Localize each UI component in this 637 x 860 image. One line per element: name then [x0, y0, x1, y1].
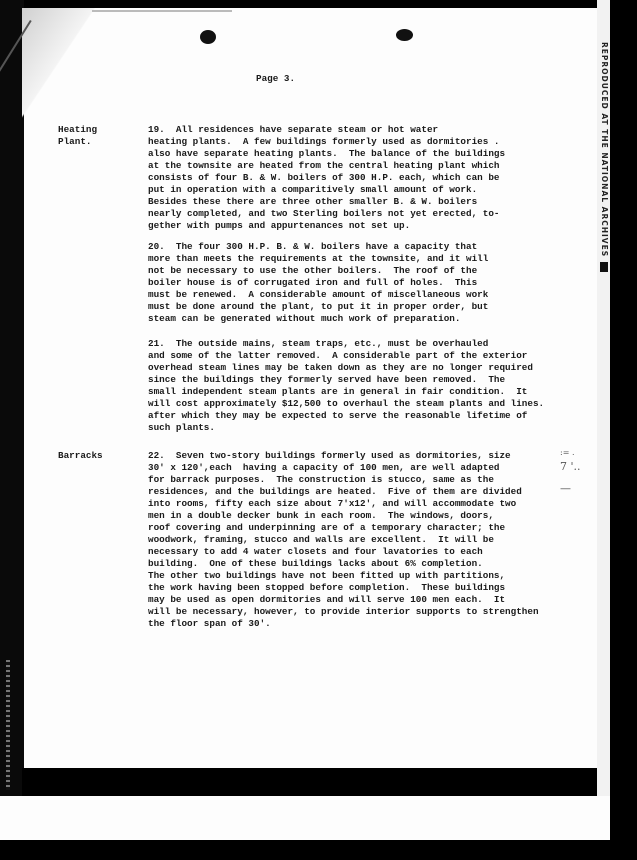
text-line: gether with pumps and appurtenances not …	[148, 220, 410, 232]
text-line: more than meets the requirements at the …	[148, 253, 488, 265]
scan-line	[92, 10, 232, 12]
stamp-mark	[600, 262, 608, 272]
text-line: after which they may be expected to serv…	[148, 410, 527, 422]
margin-annotation: := .	[560, 448, 574, 457]
margin-annotation: 7 '..	[560, 460, 581, 473]
text-line: may be used as open dormitories and will…	[148, 594, 505, 606]
underlying-page	[0, 796, 610, 840]
punch-hole-icon	[200, 30, 216, 44]
text-line: building. One of these buildings lacks a…	[148, 558, 483, 570]
text-line: since the buildings they formerly served…	[148, 374, 505, 386]
scan-edge-bottom-outer	[0, 840, 637, 860]
text-line: put in operation with a comparitively sm…	[148, 184, 477, 196]
text-line: also have separate heating plants. The b…	[148, 148, 505, 160]
text-line: roof covering and underpinning are of a …	[148, 522, 505, 534]
margin-annotation: —	[560, 482, 571, 495]
text-line: nearly completed, and two Sterling boile…	[148, 208, 499, 220]
text-line: The other two buildings have not been fi…	[148, 570, 505, 582]
text-line: 30' x 120',each having a capacity of 100…	[148, 462, 499, 474]
folded-corner	[22, 8, 102, 128]
scan-edge-left	[0, 0, 24, 800]
text-line: 19. All residences have separate steam o…	[148, 124, 438, 136]
text-line: residences, and the buildings are heated…	[148, 486, 522, 498]
text-line: will be necessary, however, to provide i…	[148, 606, 539, 618]
section-label-heating: Heating	[58, 124, 97, 136]
section-label-barracks: Barracks	[58, 450, 103, 462]
text-line: and some of the latter removed. A consid…	[148, 350, 527, 362]
text-line: the work having been stopped before comp…	[148, 582, 505, 594]
text-line: 20. The four 300 H.P. B. & W. boilers ha…	[148, 241, 477, 253]
text-line: must be renewed. A considerable amount o…	[148, 289, 488, 301]
text-line: Besides these there are three other smal…	[148, 196, 477, 208]
section-label-heating-2: Plant.	[58, 136, 91, 148]
text-line: into rooms, fifty each size about 7'x12'…	[148, 498, 516, 510]
text-line: such plants.	[148, 422, 215, 434]
text-line: boiler house is of corrugated iron and f…	[148, 277, 477, 289]
text-line: men in a double decker bunk in each room…	[148, 510, 494, 522]
archive-stamp: REPRODUCED AT THE NATIONAL ARCHIVES	[599, 42, 609, 272]
scan-artifact	[6, 660, 10, 790]
punch-hole-icon	[396, 29, 413, 41]
text-line: steam can be generated without much work…	[148, 313, 460, 325]
text-line: must be done around the plant, to put it…	[148, 301, 488, 313]
text-line: for barrack purposes. The construction i…	[148, 474, 494, 486]
text-line: the floor span of 30'.	[148, 618, 271, 630]
text-line: 22. Seven two-story buildings formerly u…	[148, 450, 511, 462]
text-line: small independent steam plants are in ge…	[148, 386, 527, 398]
text-line: at the townsite are heated from the cent…	[148, 160, 499, 172]
scan-edge-right	[610, 0, 637, 860]
text-line: not be necessary to use the other boiler…	[148, 265, 477, 277]
text-line: 21. The outside mains, steam traps, etc.…	[148, 338, 488, 350]
text-line: overhead steam lines may be taken down a…	[148, 362, 533, 374]
text-line: will cost approximately $12,500 to overh…	[148, 398, 544, 410]
text-line: heating plants. A few buildings formerly…	[148, 136, 499, 148]
text-line: consists of four B. & W. boilers of 300 …	[148, 172, 499, 184]
page-number: Page 3.	[256, 73, 295, 85]
text-line: woodwork, framing, stucco and walls are …	[148, 534, 494, 546]
text-line: necessary to add 4 water closets and fou…	[148, 546, 483, 558]
scan-edge-bottom	[22, 768, 597, 796]
